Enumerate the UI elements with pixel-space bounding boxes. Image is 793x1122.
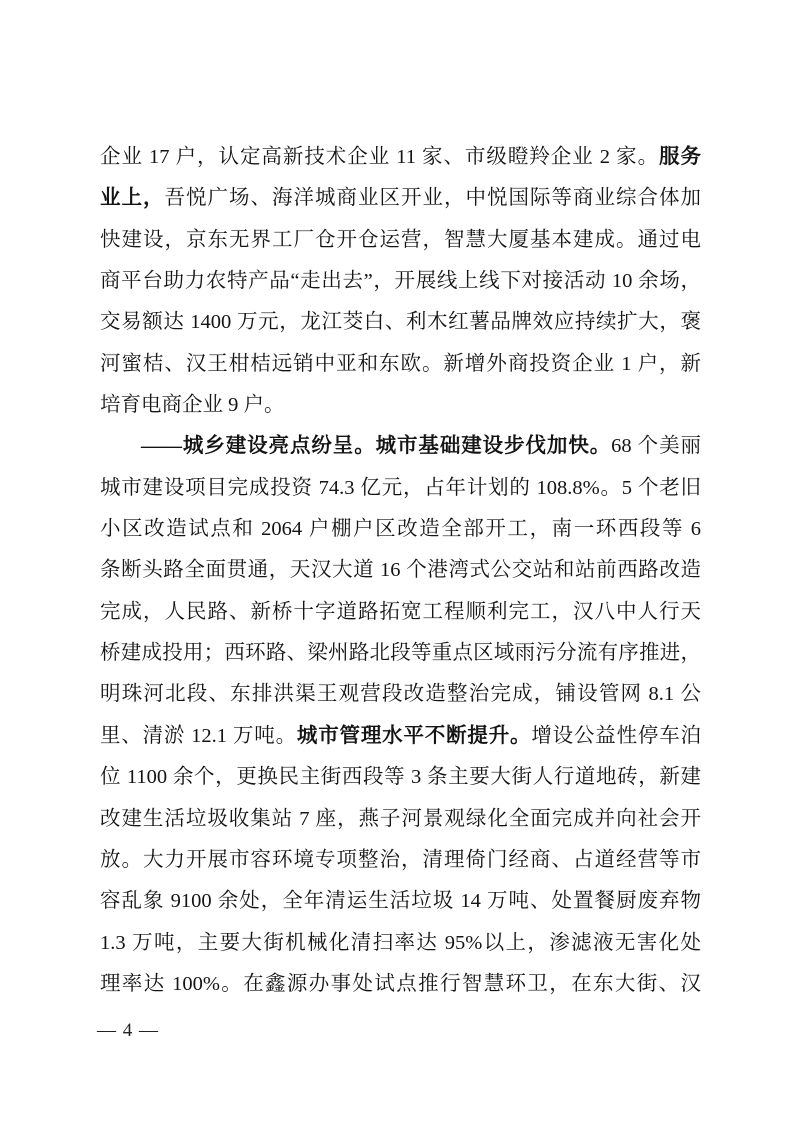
text-line: 改建生活垃圾收集站 7 座，燕子河景观绿化全面完成并向社会开 (100, 799, 701, 840)
text-segment: 放。大力开展市容环境专项整治，清理倚门经商、占道经营等市 (100, 849, 701, 871)
text-segment: 企业 17 户，认定高新技术企业 11 家、市级瞪羚企业 2 家。 (100, 146, 659, 168)
text-segment: 交易额达 1400 万元，龙江茭白、利木红薯品牌效应持续扩大，褒 (100, 311, 701, 333)
text-line: 条断头路全面贯通，天汉大道 16 个港湾式公交站和站前西路改造 (100, 550, 701, 591)
text-segment: 城市建设项目完成投资 74.3 亿元，占年计划的 108.8%。5 个老旧 (100, 477, 701, 499)
bold-text-segment: 城市管理水平不断提升。 (297, 725, 531, 747)
text-line: 小区改造试点和 2064 户棚户区改造全部开工，南一环西段等 6 (100, 509, 701, 550)
text-segment: 增设公益性停车泊 (531, 725, 701, 747)
bold-text-segment: 服务 (659, 146, 701, 168)
text-line: 理率达 100%。在鑫源办事处试点推行智慧环卫，在东大街、汉 (100, 964, 701, 1005)
text-line: 完成，人民路、新桥十字道路拓宽工程顺利完工，汉八中人行天 (100, 592, 701, 633)
text-segment: 理率达 100%。在鑫源办事处试点推行智慧环卫，在东大街、汉 (100, 973, 701, 995)
text-line: 1.3 万吨，主要大街机械化清扫率达 95%以上，渗滤液无害化处 (100, 923, 701, 964)
text-line: 业上，吾悦广场、海洋城商业区开业，中悦国际等商业综合体加 (100, 178, 701, 219)
text-segment: 改建生活垃圾收集站 7 座，燕子河景观绿化全面完成并向社会开 (100, 808, 701, 830)
text-segment: 1.3 万吨，主要大街机械化清扫率达 95%以上，渗滤液无害化处 (100, 932, 701, 954)
bold-text-segment: 业上， (100, 187, 165, 209)
text-line: 桥建成投用；西环路、梁州路北段等重点区域雨污分流有序推进， (100, 633, 701, 674)
text-segment: 小区改造试点和 2064 户棚户区改造全部开工，南一环西段等 6 (100, 518, 701, 540)
document-body: 企业 17 户，认定高新技术企业 11 家、市级瞪羚企业 2 家。服务业上，吾悦… (100, 137, 701, 1005)
text-segment: 68 个美丽 (611, 435, 701, 457)
page-number: — 4 — (97, 1019, 159, 1043)
text-segment: 桥建成投用；西环路、梁州路北段等重点区域雨污分流有序推进， (100, 642, 701, 664)
text-segment: 明珠河北段、东排洪渠王观营段改造整治完成，铺设管网 8.1 公 (100, 683, 701, 705)
text-segment: 完成，人民路、新桥十字道路拓宽工程顺利完工，汉八中人行天 (100, 601, 701, 623)
text-segment: 河蜜桔、汉王柑桔远销中亚和东欧。新增外商投资企业 1 户，新 (100, 353, 701, 375)
text-segment: 位 1100 余个，更换民主街西段等 3 条主要大街人行道地砖，新建 (100, 766, 701, 788)
text-line: 城市建设项目完成投资 74.3 亿元，占年计划的 108.8%。5 个老旧 (100, 468, 701, 509)
text-segment: 快建设，京东无界工厂仓开仓运营，智慧大厦基本建成。通过电 (100, 229, 701, 251)
text-line: 容乱象 9100 余处，全年清运生活垃圾 14 万吨、处置餐厨废弃物 (100, 881, 701, 922)
text-line: 河蜜桔、汉王柑桔远销中亚和东欧。新增外商投资企业 1 户，新 (100, 344, 701, 385)
text-segment: 条断头路全面贯通，天汉大道 16 个港湾式公交站和站前西路改造 (100, 559, 701, 581)
bold-text-segment: ——城乡建设亮点纷呈。城市基础建设步伐加快。 (141, 435, 611, 457)
text-line: ——城乡建设亮点纷呈。城市基础建设步伐加快。68 个美丽 (100, 426, 701, 467)
text-segment: 培育电商企业 9 户。 (100, 394, 285, 416)
text-line: 快建设，京东无界工厂仓开仓运营，智慧大厦基本建成。通过电 (100, 220, 701, 261)
text-line: 明珠河北段、东排洪渠王观营段改造整治完成，铺设管网 8.1 公 (100, 674, 701, 715)
text-segment: 吾悦广场、海洋城商业区开业，中悦国际等商业综合体加 (165, 187, 702, 209)
document-page: 企业 17 户，认定高新技术企业 11 家、市级瞪羚企业 2 家。服务业上，吾悦… (0, 0, 793, 1122)
text-line: 企业 17 户，认定高新技术企业 11 家、市级瞪羚企业 2 家。服务 (100, 137, 701, 178)
text-line: 培育电商企业 9 户。 (100, 385, 701, 426)
text-segment: 里、清淤 12.1 万吨。 (100, 725, 297, 747)
text-segment: 商平台助力农特产品“走出去”，开展线上线下对接活动 10 余场， (100, 270, 701, 292)
text-line: 商平台助力农特产品“走出去”，开展线上线下对接活动 10 余场， (100, 261, 701, 302)
text-line: 交易额达 1400 万元，龙江茭白、利木红薯品牌效应持续扩大，褒 (100, 302, 701, 343)
text-line: 里、清淤 12.1 万吨。城市管理水平不断提升。增设公益性停车泊 (100, 716, 701, 757)
text-line: 放。大力开展市容环境专项整治，清理倚门经商、占道经营等市 (100, 840, 701, 881)
text-segment: 容乱象 9100 余处，全年清运生活垃圾 14 万吨、处置餐厨废弃物 (100, 890, 701, 912)
text-line: 位 1100 余个，更换民主街西段等 3 条主要大街人行道地砖，新建 (100, 757, 701, 798)
